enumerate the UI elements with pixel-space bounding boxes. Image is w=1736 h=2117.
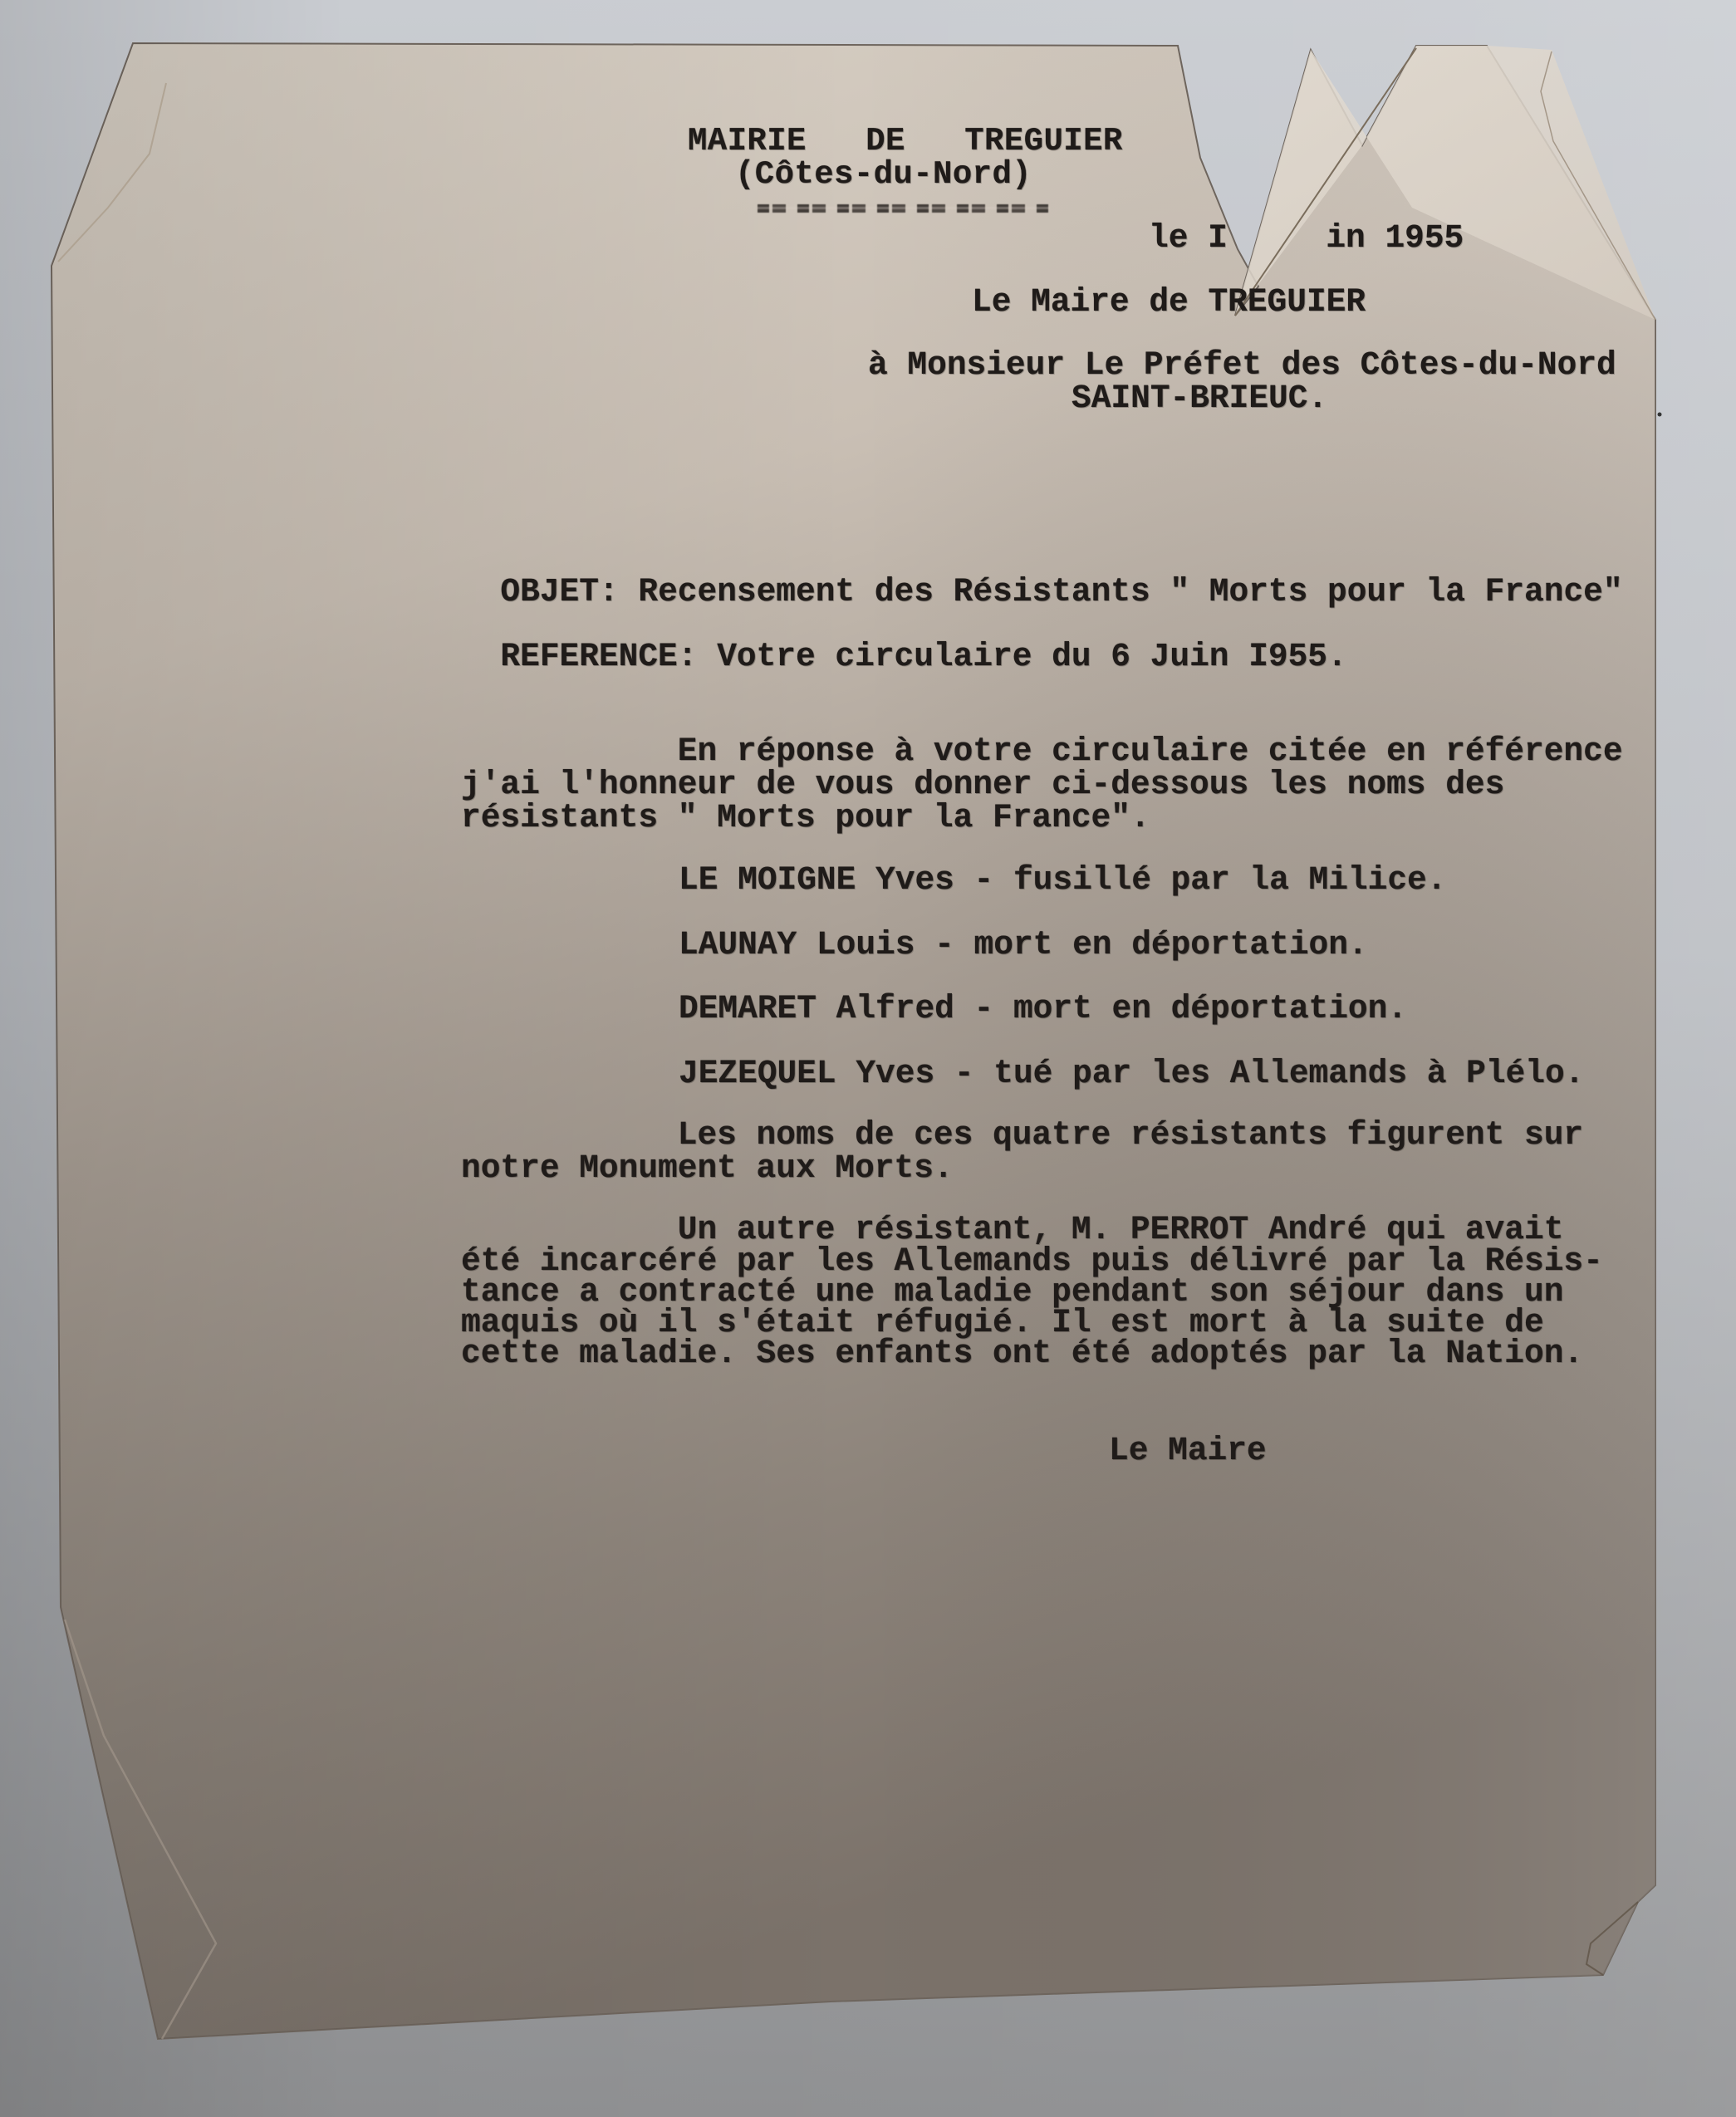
letter-date: le I in 1955 [1149,222,1464,255]
reference-text: Votre circulaire du 6 Juin I955. [717,638,1347,675]
sender-line: Le Maire de TREGUIER [972,286,1366,319]
letterhead-department: (Côtes-du-Nord) [735,158,1032,191]
paragraph-line: notre Monument aux Morts. [461,1152,954,1185]
letterhead-rule [758,204,1050,213]
list-item: DEMARET Alfred - mort en déportation. [679,992,1407,1026]
paragraph-line: j'ai l'honneur de vous donner ci-dessous… [461,768,1504,801]
subject-line: OBJET: Recensement des Résistants " Mort… [461,542,1623,609]
reference-line: REFERENCE: Votre circulaire du 6 Juin I9… [461,607,1347,674]
list-item: LAUNAY Louis - mort en déportation. [679,929,1368,962]
subject-text: Recensement des Résistants " Morts pour … [638,573,1622,610]
signature: Le Maire [1109,1434,1267,1468]
recipient-line-2: SAINT-BRIEUC. [1072,382,1327,415]
reference-label: REFERENCE: [500,638,697,675]
paragraph-line: Un autre résistant, M. PERROT André qui … [461,1213,1563,1247]
subject-label: OBJET: [500,573,618,610]
paragraph-line: En réponse à votre circulaire citée en r… [461,735,1623,768]
recipient-line-1: à Monsieur Le Préfet des Côtes-du-Nord [868,349,1616,382]
paragraph-line: résistants " Morts pour la France". [461,801,1150,835]
paragraph-line: cette maladie. Ses enfants ont été adopt… [461,1337,1583,1370]
list-item: LE MOIGNE Yves - fusillé par la Milice. [679,864,1446,897]
paragraph-line: Les noms de ces quatre résistants figure… [461,1119,1583,1152]
list-item: JEZEQUEL Yves - tué par les Allemands à … [679,1057,1584,1090]
letterhead-title: MAIRIE DE TREGUIER [688,125,1123,158]
